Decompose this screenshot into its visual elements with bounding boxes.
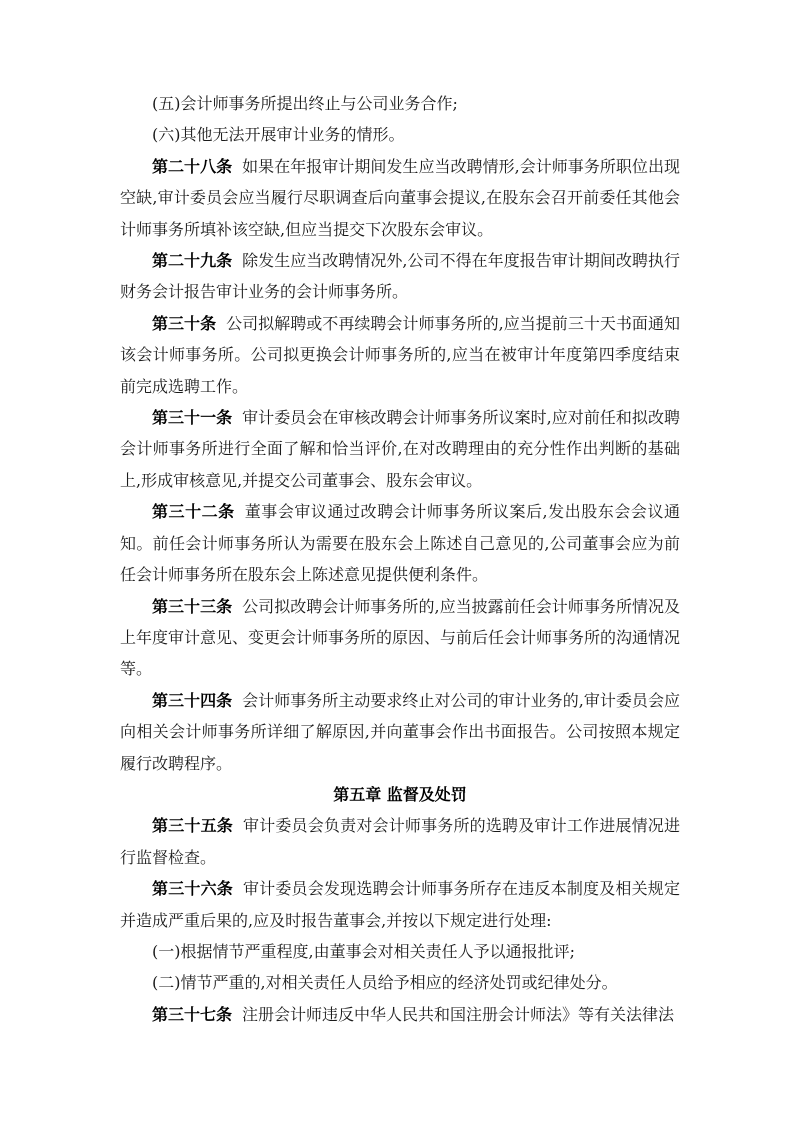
article-paragraph: 第三十四条会计师事务所主动要求终止对公司的审计业务的,审计委员会应向相关会计师事…	[120, 685, 680, 779]
article-number: 第三十五条	[152, 816, 233, 835]
list-item: (六)其他无法开展审计业务的情形。	[120, 119, 680, 150]
article-number: 第二十八条	[152, 157, 232, 176]
article-paragraph: 第三十六条审计委员会发现选聘会计师事务所存在违反本制度及相关规定并造成严重后果的…	[120, 873, 680, 936]
article-paragraph: 第三十三条公司拟改聘会计师事务所的,应当披露前任会计师事务所情况及上年度审计意见…	[120, 591, 680, 685]
article-number: 第三十二条	[152, 502, 235, 521]
article-number: 第二十九条	[152, 251, 232, 270]
article-number: 第三十一条	[152, 408, 232, 427]
chapter-heading: 第五章 监督及处罚	[120, 779, 680, 810]
list-item: (一)根据情节严重程度,由董事会对相关责任人予以通报批评;	[120, 936, 680, 967]
article-number: 第三十七条	[152, 1005, 232, 1024]
article-paragraph: 第二十九条除发生应当改聘情况外,公司不得在年度报告审计期间改聘执行财务会计报告审…	[120, 245, 680, 308]
article-paragraph: 第三十七条注册会计师违反中华人民共和国注册会计师法》等有关法律法	[120, 999, 680, 1030]
article-number: 第三十条	[152, 314, 216, 333]
article-paragraph: 第二十八条如果在年报审计期间发生应当改聘情形,会计师事务所职位出现空缺,审计委员…	[120, 151, 680, 245]
article-number: 第三十六条	[152, 879, 233, 898]
article-paragraph: 第三十一条审计委员会在审核改聘会计师事务所议案时,应对前任和拟改聘会计师事务所进…	[120, 402, 680, 496]
list-item: (二)情节严重的,对相关责任人员给予相应的经济处罚或纪律处分。	[120, 967, 680, 998]
list-item: (五)会计师事务所提出终止与公司业务合作;	[120, 88, 680, 119]
document-content: (五)会计师事务所提出终止与公司业务合作;(六)其他无法开展审计业务的情形。第二…	[120, 88, 680, 1030]
article-paragraph: 第三十条公司拟解聘或不再续聘会计师事务所的,应当提前三十天书面通知该会计师事务所…	[120, 308, 680, 402]
document-page: (五)会计师事务所提出终止与公司业务合作;(六)其他无法开展审计业务的情形。第二…	[0, 0, 794, 1122]
article-text: 注册会计师违反中华人民共和国注册会计师法》等有关法律法	[242, 1005, 674, 1024]
article-paragraph: 第三十二条董事会审议通过改聘会计师事务所议案后,发出股东会会议通知。前任会计师事…	[120, 496, 680, 590]
article-paragraph: 第三十五条审计委员会负责对会计师事务所的选聘及审计工作进展情况进行监督检查。	[120, 810, 680, 873]
article-number: 第三十三条	[152, 597, 232, 616]
article-number: 第三十四条	[152, 691, 232, 710]
